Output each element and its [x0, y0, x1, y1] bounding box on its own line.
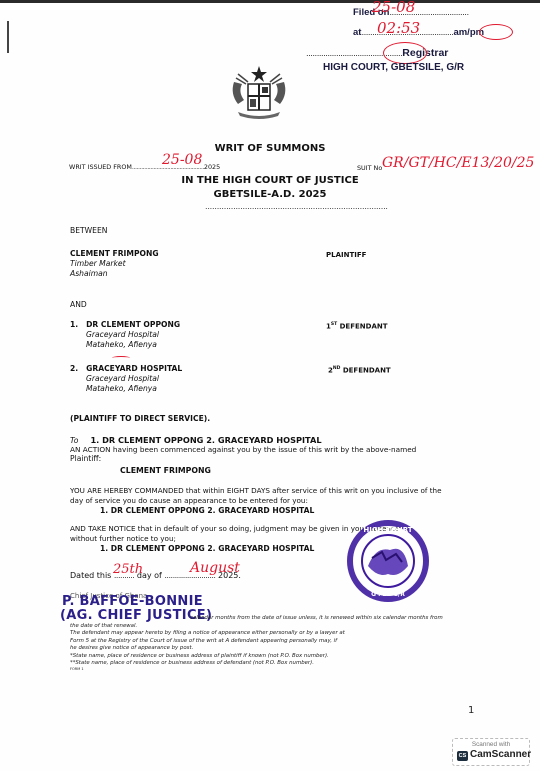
- court-name: IN THE HIGH COURT OF JUSTICE: [0, 175, 540, 186]
- and-label: AND: [70, 300, 87, 309]
- role-text: DEFENDANT: [340, 322, 388, 330]
- note-line-5: he desires give notice of appearance by …: [70, 645, 345, 652]
- note-line-3: The defendant may appear hereto by filin…: [70, 630, 345, 637]
- defendant-2-name: 2. GRACEYARD HOSPITAL: [70, 364, 182, 373]
- commanded-text-2: day of service you do cause an appearanc…: [70, 496, 308, 505]
- seal-text-top: HIGH COURT: [363, 526, 412, 534]
- suit-no-value: GR/GT/HC/E13/20/25: [382, 155, 534, 171]
- defendant-1-name-text: DR CLEMENT OPPONG: [86, 320, 180, 329]
- court-stamp-label: HIGH COURT, GBETSILE, G/R: [323, 62, 464, 73]
- dotted-rule: ........................................…: [205, 202, 388, 211]
- dated-this-label: Dated this: [70, 571, 111, 580]
- defendant-2-address-1: Graceyard Hospital: [86, 374, 159, 383]
- writ-issued-label: WRIT ISSUED FROM: [69, 163, 132, 171]
- filed-on-value: 25-08: [372, 0, 415, 16]
- to-line: To 1. DR CLEMENT OPPONG 2. GRACEYARD HOS…: [70, 435, 322, 445]
- watermark-top-line: Scanned with: [453, 741, 529, 748]
- writ-issued-value: 25-08: [162, 152, 202, 168]
- service-plaintiff-name: CLEMENT FRIMPONG: [120, 466, 211, 475]
- defendant-2-name-text: GRACEYARD HOSPITAL: [86, 364, 182, 373]
- commanded-text-1: YOU ARE HEREBY COMMANDED that within EIG…: [70, 486, 442, 495]
- page-number: 1: [468, 705, 474, 716]
- note-line-1: calendar months from the date of issue u…: [190, 615, 443, 621]
- signatory-name: P. BAFFOE-BONNIE: [62, 594, 203, 609]
- coat-of-arms-icon: [228, 64, 290, 122]
- defendant-1-role: 1ST DEFENDANT: [326, 322, 388, 330]
- to-value: 1. DR CLEMENT OPPONG 2. GRACEYARD HOSPIT…: [90, 435, 321, 445]
- note-line-4: Form 5 at the Registry of the Court of i…: [70, 638, 345, 645]
- defendant-1-address-1: Graceyard Hospital: [86, 330, 159, 339]
- plaintiff-name: CLEMENT FRIMPONG: [70, 249, 159, 258]
- defendant-1-address-2: Mataheko, Afienya: [86, 340, 157, 349]
- action-text: AN ACTION having been commenced against …: [70, 445, 416, 454]
- defendant-2-address-2: Mataheko, Afienya: [86, 384, 157, 393]
- registrar-line: ........................................…: [306, 47, 448, 59]
- role-suffix: ST: [331, 322, 337, 327]
- note-line-7: **State name, place of residence or busi…: [70, 660, 345, 667]
- note-line-6: *State name, place of residence or busin…: [70, 653, 345, 660]
- suit-no-label: SUIT No: [357, 164, 382, 172]
- to-label: To: [70, 436, 78, 445]
- commanded-parties: 1. DR CLEMENT OPPONG 2. GRACEYARD HOSPIT…: [100, 506, 314, 515]
- red-mark: [112, 356, 130, 360]
- between-label: BETWEEN: [70, 226, 107, 235]
- filed-at-value: 02:53: [377, 19, 420, 37]
- defendant-2-role: 2ND DEFENDANT: [328, 366, 391, 374]
- defendant-2-number: 2.: [70, 364, 78, 373]
- form-label: FORM 1: [70, 667, 345, 672]
- seal-text-bottom: G . E . G/R: [371, 591, 405, 598]
- note-line-2: the date of that renewal.: [70, 623, 345, 630]
- plaintiff-role: PLAINTIFF: [326, 251, 366, 259]
- court-location: GBETSILE-A.D. 2025: [0, 189, 540, 200]
- watermark-brand: CamScanner: [470, 749, 531, 760]
- role-text: DEFENDANT: [343, 366, 391, 374]
- court-seal-icon: HIGH COURT G . E . G/R: [338, 516, 438, 602]
- margin-mark: [7, 21, 9, 53]
- dated-month-value: August: [190, 560, 240, 576]
- pm-circle: [479, 24, 513, 40]
- dated-day-value: 25th: [113, 562, 143, 577]
- plaintiff-address-2: Ashaiman: [70, 269, 108, 278]
- role-suffix: ND: [333, 366, 341, 371]
- defendant-1-number: 1.: [70, 320, 78, 329]
- notice-text-2: without further notice to you;: [70, 534, 176, 543]
- camscanner-logo-icon: CS: [457, 751, 468, 761]
- registrar-signature: [383, 42, 427, 64]
- plaintiff-label: Plaintiff:: [70, 454, 101, 463]
- defendant-1-name: 1. DR CLEMENT OPPONG: [70, 320, 180, 329]
- plaintiff-address-1: Timber Market: [70, 259, 126, 268]
- document-page: Filed on................................…: [0, 0, 540, 771]
- document-title: WRIT OF SUMMONS: [0, 143, 540, 154]
- scan-edge: [0, 0, 540, 3]
- notice-parties: 1. DR CLEMENT OPPONG 2. GRACEYARD HOSPIT…: [100, 544, 314, 553]
- notes-block: the date of that renewal. The defendant …: [70, 623, 345, 672]
- writ-issued-year: 2025: [204, 163, 220, 171]
- direct-service-note: (PLAINTIFF TO DIRECT SERVICE).: [70, 414, 210, 423]
- camscanner-watermark: Scanned with CS CamScanner: [452, 738, 530, 766]
